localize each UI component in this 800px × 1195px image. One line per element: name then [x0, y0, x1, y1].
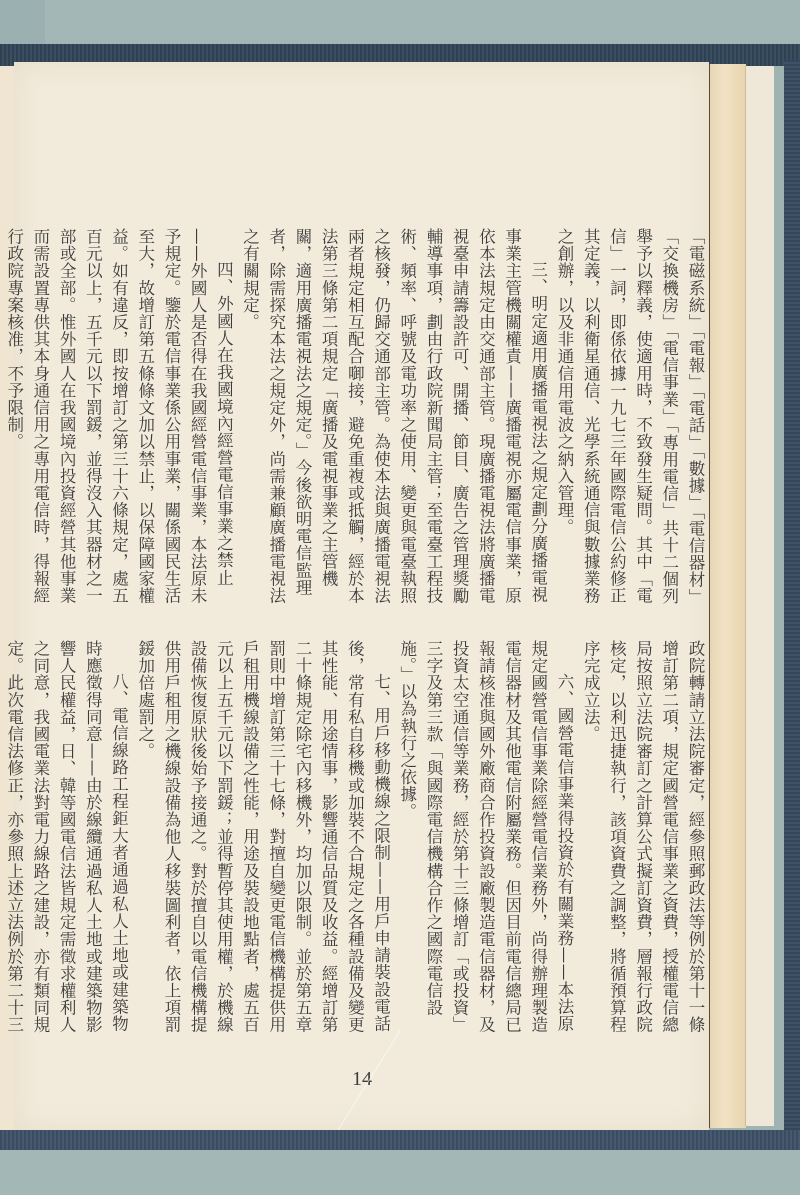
lower-text-block: 政院轉請立法院審定，經參照郵政法等例於第十一條增訂第二項，規定國營電信事業之資費…	[88, 640, 708, 1048]
paragraph-section-7: 七、用戶移動機線之限制——用戶申請裝設電話後，常有私自移機或加裝不合規定之各種設…	[132, 640, 394, 1048]
paragraph-1-continued: 「電磁系統」「電報」「電話」「數據」「電信器材」「交換機房」「電信事業」「專用電…	[551, 228, 708, 620]
book-binding-bottom	[0, 1130, 800, 1152]
paragraph-section-4: 四、外國人在我國境內經營電信事業之禁止——外國人是否得在我國經營電信事業，本法原…	[1, 228, 237, 620]
paragraph-section-6: 六、國營電信事業得投資於有關業務——本法原規定國營電信事業除經營電信業務外，尚得…	[394, 640, 577, 1048]
book-cover-top	[0, 0, 800, 46]
endpaper	[745, 66, 774, 1126]
paragraph-section-3: 三、明定適用廣播電視法之規定劃分廣播電視事業主管機關權責——廣播電視亦屬電信事業…	[236, 228, 550, 620]
paragraph-section-5-continued: 政院轉請立法院審定，經參照郵政法等例於第十一條增訂第二項，規定國營電信事業之資費…	[577, 640, 708, 1048]
page-stack-edge	[709, 64, 746, 1128]
book-cover-bottom	[0, 1150, 800, 1195]
paragraph-section-5: 五、國營電信資費授權行政院核定——本法原規定國營電信事業資費及其計算公式，由交通…	[0, 228, 1, 620]
book-binding-right	[784, 60, 800, 1150]
paragraph-section-8: 八、電信線路工程鉅大者通過私人土地或建築物時應徵得同意——由於線纜通過私人土地或…	[0, 640, 132, 1048]
upper-text-block: 「電磁系統」「電報」「電話」「數據」「電信器材」「交換機房」「電信事業」「專用電…	[88, 228, 708, 620]
